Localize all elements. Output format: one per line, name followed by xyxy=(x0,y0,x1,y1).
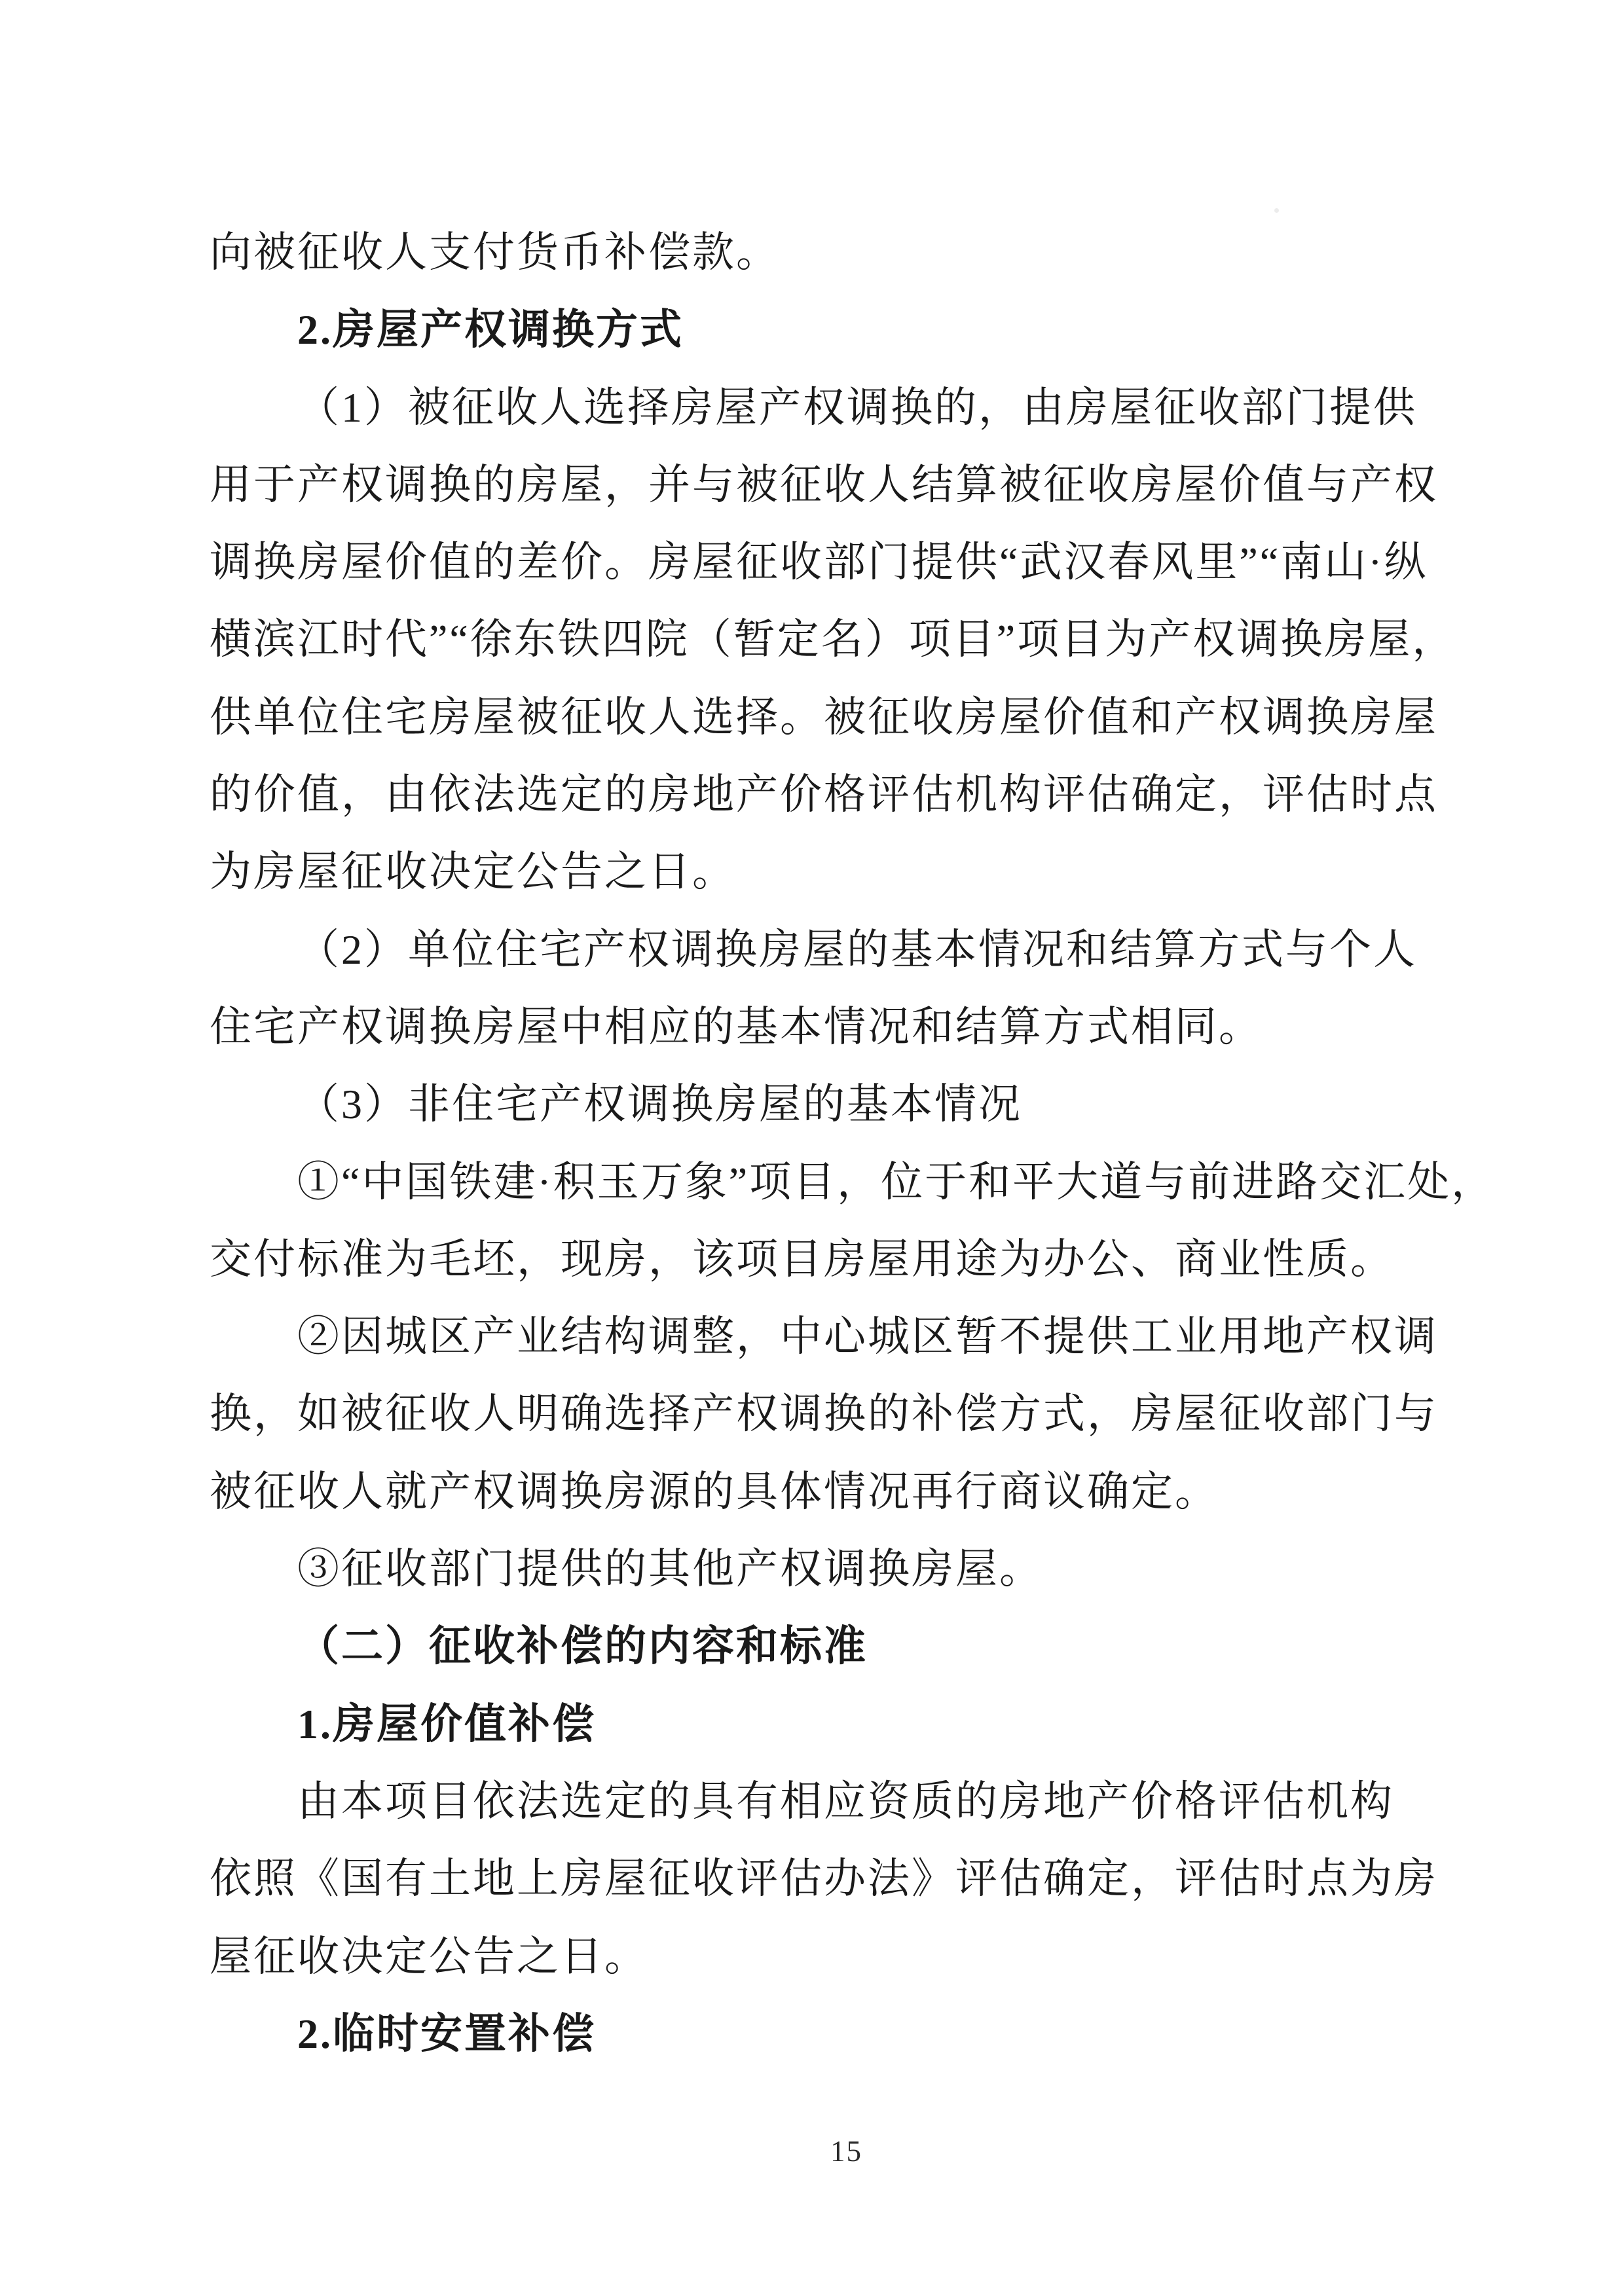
text-line: 的价值，由依法选定的房地产价格评估机构评估确定，评估时点 xyxy=(210,756,1443,833)
text-line: （1）被征收人选择房屋产权调换的，由房屋征收部门提供 xyxy=(210,369,1443,446)
text-line: 依照《国有土地上房屋征收评估办法》评估确定，评估时点为房 xyxy=(210,1840,1443,1918)
text-line: 调换房屋价值的差价。房屋征收部门提供“武汉春风里”“南山·纵 xyxy=(210,524,1443,601)
heading-line: 2.房屋产权调换方式 xyxy=(210,291,1443,369)
text-line: 由本项目依法选定的具有相应资质的房地产价格评估机构 xyxy=(210,1763,1443,1840)
document-body: 向被征收人支付货币补偿款。2.房屋产权调换方式（1）被征收人选择房屋产权调换的，… xyxy=(210,214,1443,2073)
text-line: ①“中国铁建·积玉万象”项目，位于和平大道与前进路交汇处， xyxy=(210,1144,1443,1221)
scan-artifact-dot xyxy=(1274,208,1279,213)
text-line: 向被征收人支付货币补偿款。 xyxy=(210,214,1443,291)
text-line: 住宅产权调换房屋中相应的基本情况和结算方式相同。 xyxy=(210,989,1443,1066)
text-line: 被征收人就产权调换房源的具体情况再行商议确定。 xyxy=(210,1453,1443,1531)
text-line: （3）非住宅产权调换房屋的基本情况 xyxy=(210,1066,1443,1143)
text-line: 横滨江时代”“徐东铁四院（暂定名）项目”项目为产权调换房屋， xyxy=(210,601,1443,678)
text-line: 屋征收决定公告之日。 xyxy=(210,1918,1443,1995)
text-line: 供单位住宅房屋被征收人选择。被征收房屋价值和产权调换房屋 xyxy=(210,679,1443,756)
text-line: ②因城区产业结构调整，中心城区暂不提供工业用地产权调 xyxy=(210,1298,1443,1376)
text-line: 换，如被征收人明确选择产权调换的补偿方式，房屋征收部门与 xyxy=(210,1376,1443,1453)
heading-line: 1.房屋价值补偿 xyxy=(210,1686,1443,1763)
heading-line: （二）征收补偿的内容和标准 xyxy=(210,1608,1443,1685)
text-line: 为房屋征收决定公告之日。 xyxy=(210,833,1443,911)
document-page: 向被征收人支付货币补偿款。2.房屋产权调换方式（1）被征收人选择房屋产权调换的，… xyxy=(0,0,1624,2296)
text-line: 交付标准为毛坯，现房，该项目房屋用途为办公、商业性质。 xyxy=(210,1221,1443,1298)
text-line: ③征收部门提供的其他产权调换房屋。 xyxy=(210,1531,1443,1608)
page-number: 15 xyxy=(830,2134,862,2168)
text-line: （2）单位住宅产权调换房屋的基本情况和结算方式与个人 xyxy=(210,911,1443,989)
text-line: 用于产权调换的房屋，并与被征收人结算被征收房屋价值与产权 xyxy=(210,446,1443,524)
heading-line: 2.临时安置补偿 xyxy=(210,1995,1443,2073)
